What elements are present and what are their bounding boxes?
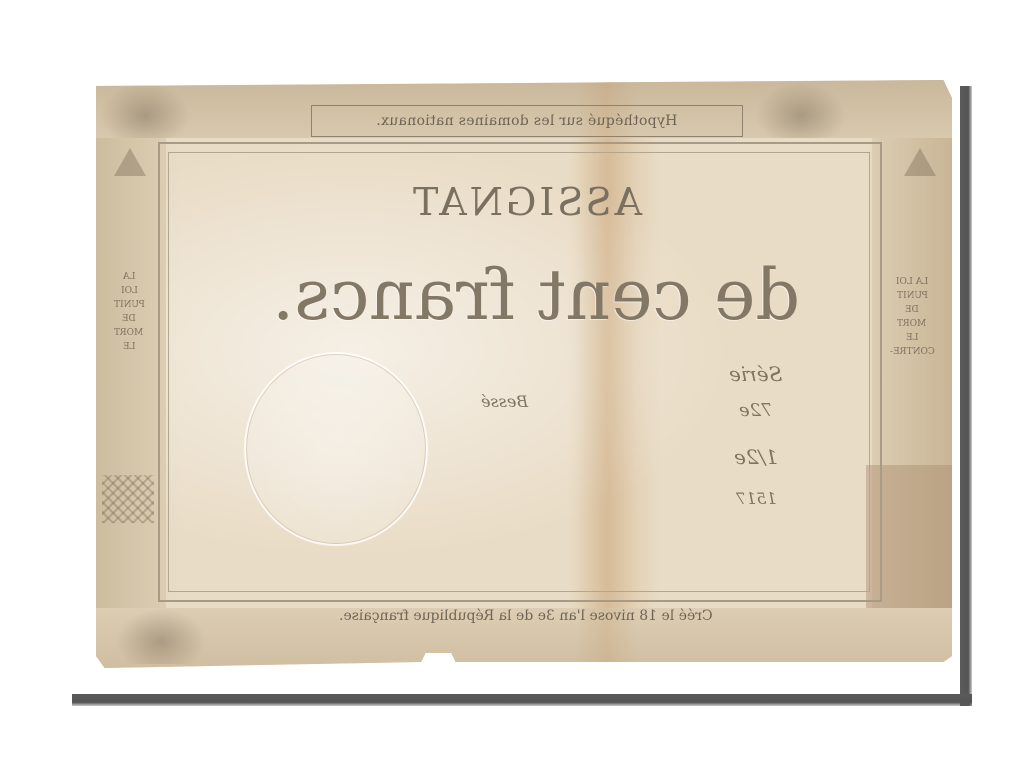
serie-sub: 1/2e [696, 445, 816, 469]
drop-shadow-bottom [72, 694, 972, 706]
banknote: Hypothéqué sur les domaines nationaux. A… [96, 80, 952, 680]
bottom-legend: Créé le 18 nivose l'an 3e de la Républiq… [216, 608, 836, 624]
border-left [96, 138, 166, 608]
drop-shadow-right [960, 86, 972, 706]
side-text-left: LA LOI PUNIT DE MORT LE [104, 270, 154, 354]
title-assignat: ASSIGNAT [346, 180, 706, 224]
serie-label: Série [696, 362, 816, 386]
top-legend-box: Hypothéqué sur les domaines nationaux. [311, 105, 743, 137]
signature: Bessé [481, 392, 528, 411]
triangle-left-icon [114, 148, 146, 176]
side-text-right: LA LOI PUNIT DE MORT LE CONTRE- [882, 275, 942, 359]
allegory-corner-bottom-left-icon [116, 608, 206, 664]
allegory-corner-top-left-icon [100, 82, 190, 138]
serial-number: 1517 [696, 489, 816, 508]
serie-block: Série 72e 1/2e 1517 [696, 362, 816, 508]
allegory-corner-top-right-icon [756, 82, 846, 138]
top-legend: Hypothéqué sur les domaines nationaux. [376, 113, 677, 129]
dry-seal-medallion-icon [244, 352, 428, 546]
title-denomination: de cent francs. [196, 260, 876, 330]
serie-number: 72e [696, 400, 816, 421]
triangle-right-icon [904, 148, 936, 176]
lattice-ornament-icon [102, 475, 154, 523]
